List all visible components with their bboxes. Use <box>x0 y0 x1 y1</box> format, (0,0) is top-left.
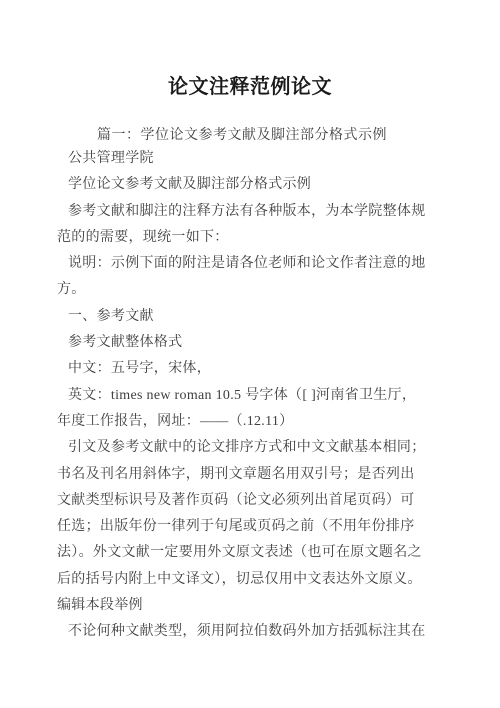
document-content: 篇一：学位论文参考文献及脚注部分格式示例 公共管理学院学位论文参考文献及脚注部分… <box>57 125 427 646</box>
text-line: 编辑本段举例 <box>57 593 427 619</box>
text-line: 说明：示例下面的附注是请各位老师和论文作者注意的地 <box>57 251 427 277</box>
text-line: 范的的需要，现统一如下： <box>57 225 427 251</box>
text-line: 一、参考文献 <box>57 304 427 330</box>
document-page: 论文注释范例论文 篇一：学位论文参考文献及脚注部分格式示例 公共管理学院学位论文… <box>0 0 500 708</box>
text-line: 公共管理学院 <box>57 146 427 172</box>
text-line: 法）。外文文献一定要用外文原文表述（也可在原文题名之 <box>57 540 427 566</box>
text-line: 学位论文参考文献及脚注部分格式示例 <box>57 172 427 198</box>
text-line: 英文：times new roman 10.5 号字体（[ ]河南省卫生厅， <box>57 383 427 409</box>
document-title: 论文注释范例论文 <box>0 74 500 100</box>
text-line: 中文：五号字，宋体， <box>57 356 427 382</box>
text-line: 后的括号内附上中文译文），切忌仅用中文表达外文原义。 <box>57 567 427 593</box>
text-line: 参考文献和脚注的注释方法有各种版本，为本学院整体规 <box>57 199 427 225</box>
text-line: 方。 <box>57 277 427 303</box>
text-line: 书名及刊名用斜体字，期刊文章题名用双引号；是否列出 <box>57 462 427 488</box>
text-line: 不论何种文献类型，须用阿拉伯数码外加方括弧标注其在 <box>57 619 427 645</box>
text-line: 引文及参考文献中的论文排序方式和中文文献基本相同； <box>57 435 427 461</box>
document-body: 公共管理学院学位论文参考文献及脚注部分格式示例参考文献和脚注的注释方法有各种版本… <box>57 146 427 646</box>
text-line: 任选；出版年份一律列于句尾或页码之前（不用年份排序 <box>57 514 427 540</box>
text-line: 参考文献整体格式 <box>57 330 427 356</box>
document-subtitle: 篇一：学位论文参考文献及脚注部分格式示例 <box>57 125 427 146</box>
text-line: 文献类型标识号及著作页码（论文必须列出首尾页码）可 <box>57 488 427 514</box>
text-line: 年度工作报告，网址：——（.12.11） <box>57 409 427 435</box>
